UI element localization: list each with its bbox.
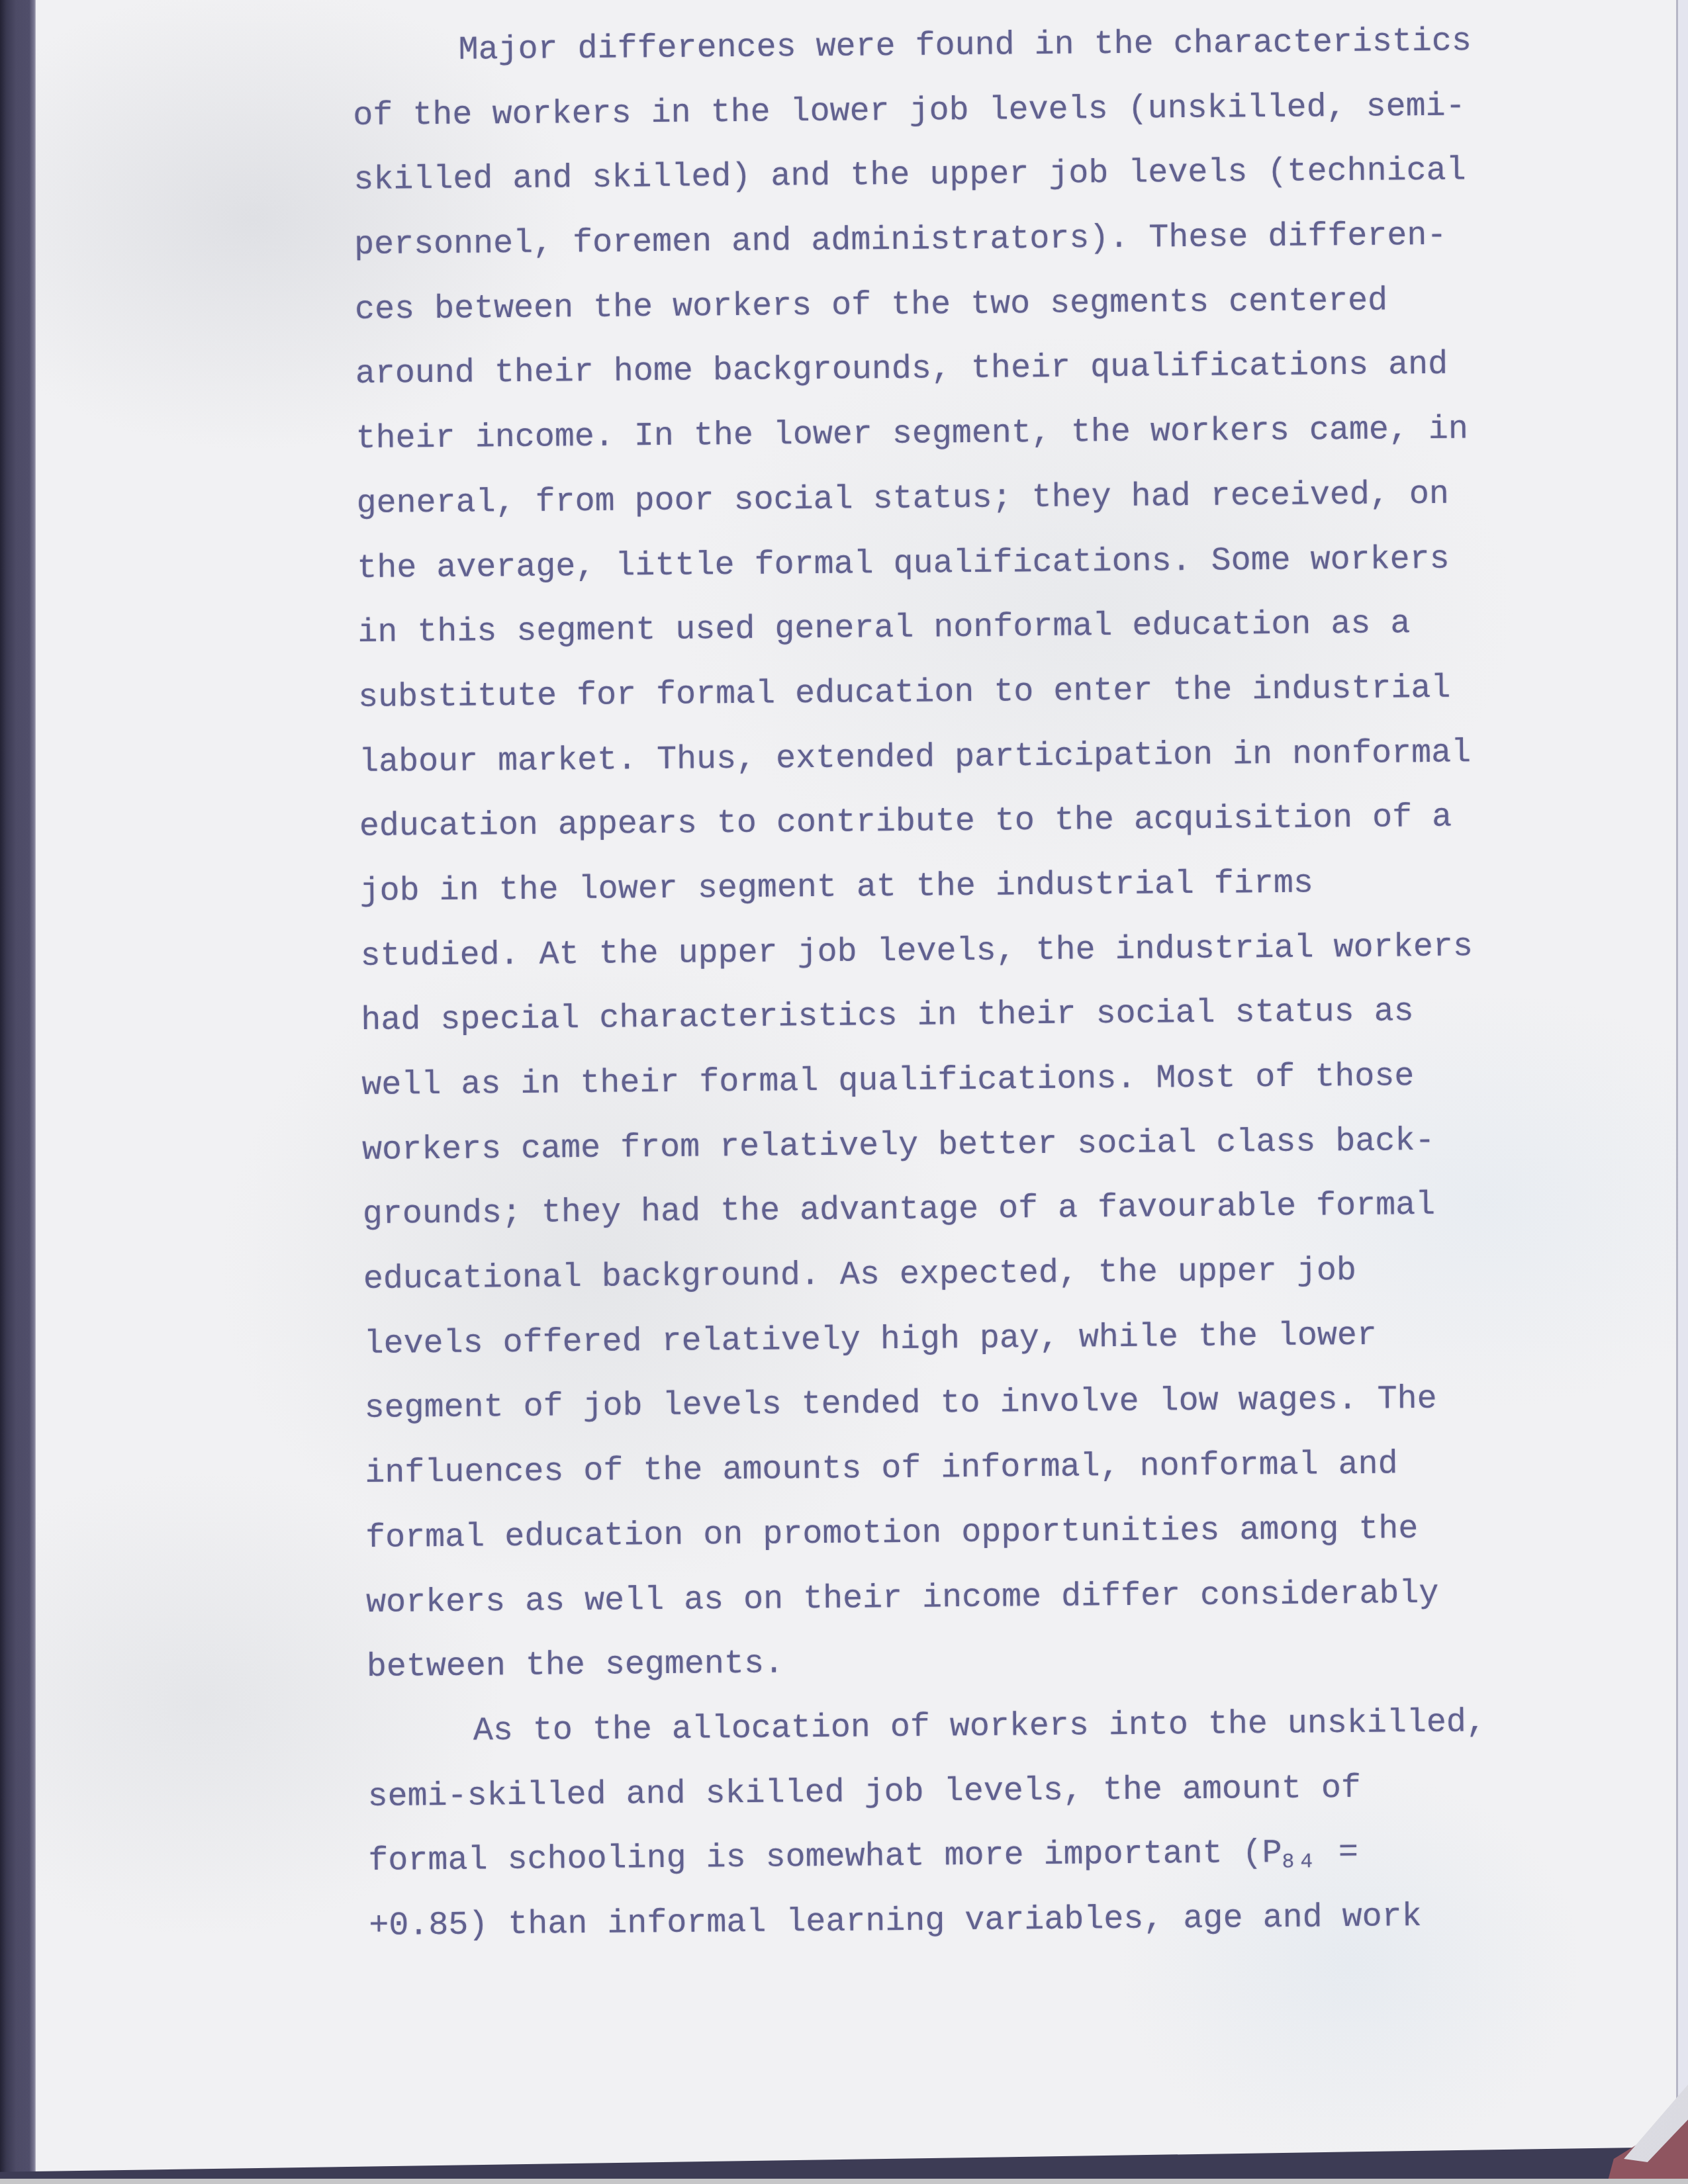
text-line-17: well as in their formal qualifications. … — [361, 1043, 1540, 1118]
text-line-6: around their home backgrounds, their qua… — [355, 332, 1534, 407]
text-line-29-subscript: 84 — [1282, 1850, 1319, 1874]
text-line-28: semi-skilled and skilled job levels, the… — [367, 1754, 1546, 1829]
text-line-24: formal education on promotion opportunit… — [365, 1496, 1544, 1570]
text-line-25: workers as well as on their income diffe… — [366, 1561, 1545, 1635]
text-line-1: Major differences were found in the char… — [352, 9, 1531, 84]
text-line-3: skilled and skilled) and the upper job l… — [353, 138, 1532, 213]
text-line-12: labour market. Thus, extended participat… — [359, 720, 1538, 795]
text-line-30: +0.85) than informal learning variables,… — [369, 1884, 1548, 1958]
text-line-11: substitute for formal education to enter… — [358, 655, 1537, 730]
text-line-4: personnel, foremen and administrators). … — [354, 203, 1533, 278]
text-line-2: of the workers in the lower job levels (… — [353, 73, 1532, 148]
text-line-7: their income. In the lower segment, the … — [355, 397, 1534, 472]
text-line-26: between the segments. — [367, 1625, 1546, 1700]
scan-bottom-strip — [0, 2179, 1688, 2184]
text-line-21: levels offered relatively high pay, whil… — [363, 1302, 1542, 1377]
text-line-18: workers came from relatively better soci… — [362, 1108, 1541, 1183]
text-line-14: job in the lower segment at the industri… — [359, 849, 1538, 924]
text-line-29-suffix: = — [1319, 1834, 1359, 1872]
text-line-16: had special characteristics in their soc… — [361, 979, 1540, 1054]
text-line-27: As to the allocation of workers into the… — [367, 1690, 1546, 1764]
text-line-10: in this segment used general nonformal e… — [357, 591, 1536, 666]
text-line-29: formal schooling is somewhat more import… — [368, 1819, 1547, 1894]
scanned-page: Major differences were found in the char… — [0, 0, 1688, 2184]
text-line-8: general, from poor social status; they h… — [356, 461, 1535, 536]
text-line-13: education appears to contribute to the a… — [359, 785, 1538, 860]
text-line-9: the average, little formal qualification… — [357, 526, 1536, 601]
text-line-20: educational background. As expected, the… — [363, 1238, 1542, 1312]
spine-shadow-band — [0, 0, 36, 2184]
typewritten-text-block: Major differences were found in the char… — [352, 9, 1548, 1959]
text-line-23: influences of the amounts of informal, n… — [365, 1432, 1544, 1506]
text-line-15: studied. At the upper job levels, the in… — [360, 914, 1539, 989]
page-right-edge-strip — [1678, 0, 1688, 2184]
text-line-5: ces between the workers of the two segme… — [355, 267, 1534, 342]
text-line-29-prefix: formal schooling is somewhat more import… — [368, 1835, 1282, 1880]
text-line-19: grounds; they had the advantage of a fav… — [363, 1173, 1542, 1248]
text-line-22: segment of job levels tended to involve … — [364, 1367, 1543, 1441]
